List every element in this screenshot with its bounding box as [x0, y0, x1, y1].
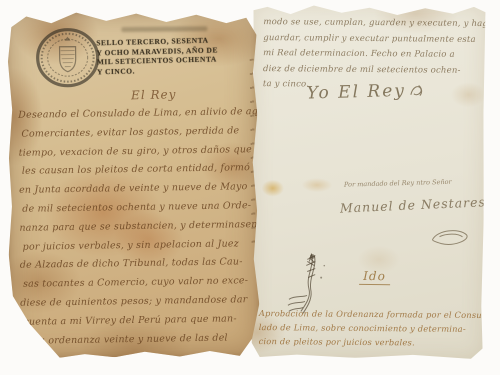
manuscript-line: cion de pleitos por juicios verbales. [259, 335, 479, 351]
manuscript-line: de la ordenanza veinte y nueve de las de… [20, 329, 252, 351]
mandate-line: Por mandado del Rey ntro Señor [344, 178, 452, 189]
document-heading: El Rey [131, 87, 177, 102]
manuscript-line: modo se use, cumplan, guarden y executen… [263, 15, 478, 32]
signature-rubric-icon [429, 227, 471, 249]
royal-signature: Yo El Rey [307, 80, 426, 103]
manuscript-line: lado de Lima, sobre conocimiento y deter… [259, 321, 479, 337]
manuscript-right-page: modo se use, cumplan, guarden y executen… [250, 5, 485, 359]
manuscript-body: Deseando el Consulado de Lima, en alivio… [18, 104, 253, 351]
signature-flourish-icon [409, 82, 425, 98]
faded-print-line [121, 26, 207, 32]
manuscript-line: diez de diciembre de mil setecientos och… [263, 62, 478, 79]
royal-signature-text: Yo El Rey [307, 81, 407, 104]
docket-mark: Ido [359, 269, 390, 285]
photo-stage: SELLO TERCERO, SESENTA Y OCHO MARAVEDIS,… [0, 0, 500, 375]
tax-stamp-text: SELLO TERCERO, SESENTA Y OCHO MARAVEDIS,… [96, 35, 242, 77]
summary-note: Aprobacion de la Ordenanza formada por e… [259, 307, 479, 350]
paper-seal-icon [34, 26, 105, 89]
manuscript-line: guardar, cumplir y executar puntualmente… [263, 31, 478, 48]
manuscript-line: mi Real determinacion. Fecho en Palacio … [263, 46, 478, 63]
manuscript-left-page: SELLO TERCERO, SESENTA Y OCHO MARAVEDIS,… [6, 11, 260, 359]
secretary-signature: Manuel de Nestares [340, 194, 487, 215]
